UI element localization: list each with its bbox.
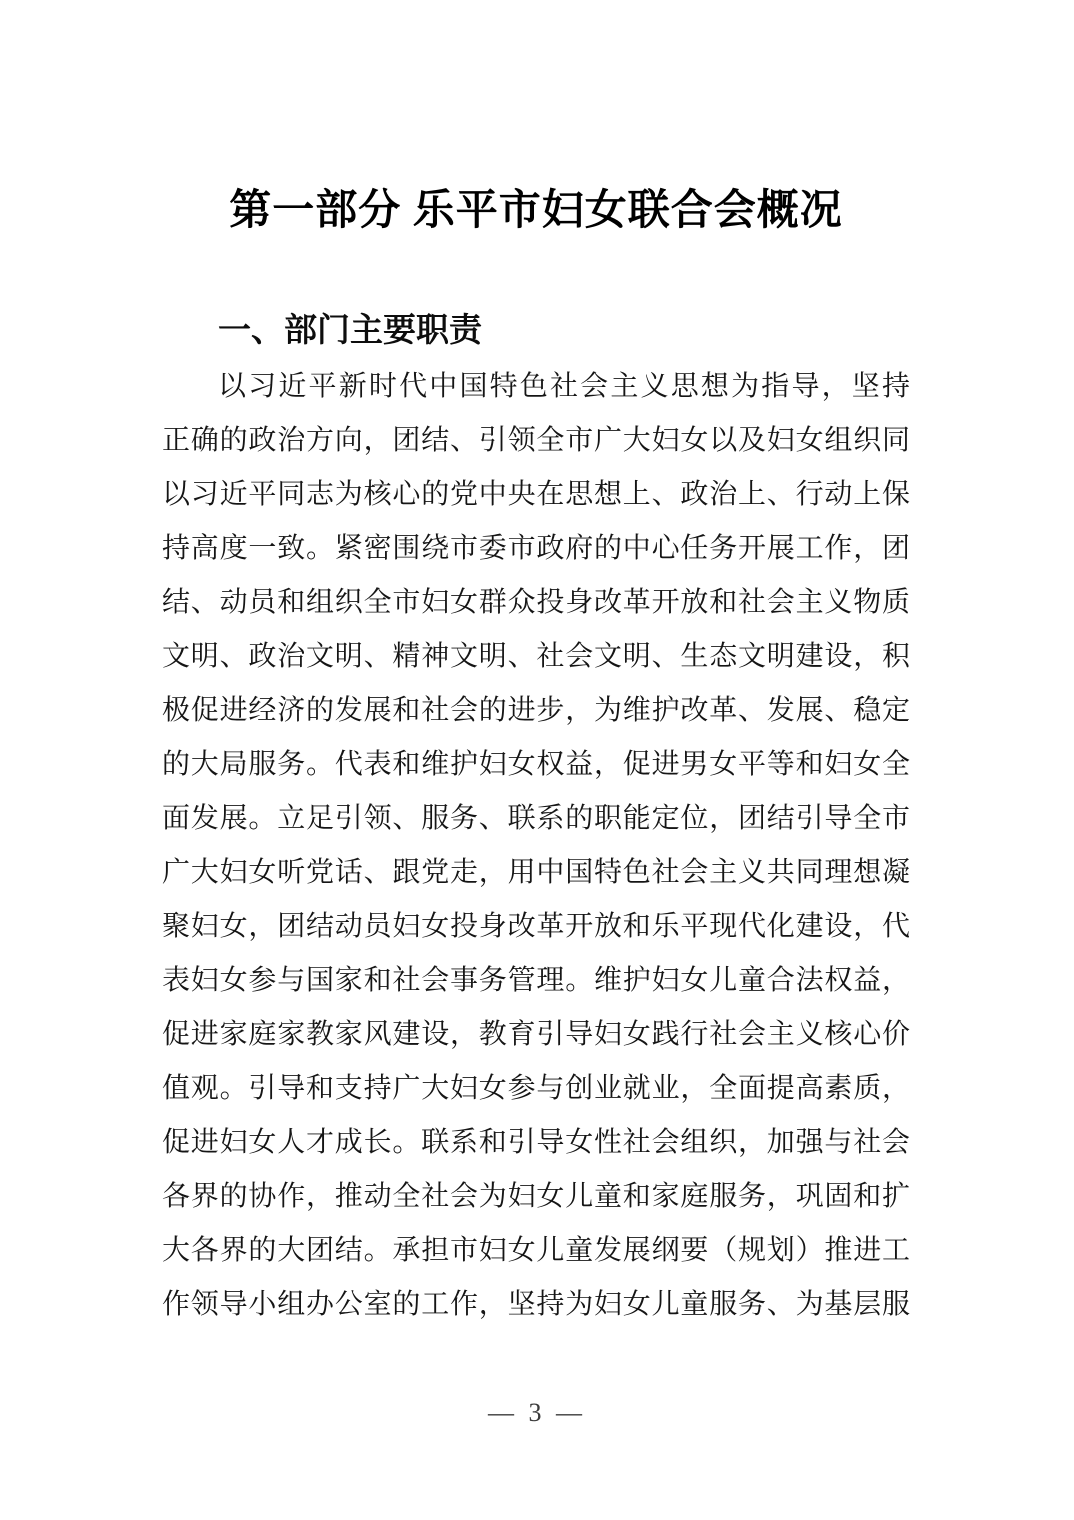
paragraph-line: 文明、政治文明、精神文明、社会文明、生态文明建设，积 <box>162 630 910 684</box>
paragraph-line: 促进家庭家教家风建设，教育引导妇女践行社会主义核心价 <box>162 1008 910 1062</box>
document-content: 第一部分 乐平市妇女联合会概况 一、部门主要职责 以习近平新时代中国特色社会主义… <box>162 186 910 1332</box>
paragraph-line: 大各界的大团结。承担市妇女儿童发展纲要（规划）推进工 <box>162 1224 910 1278</box>
document-title: 第一部分 乐平市妇女联合会概况 <box>162 186 910 236</box>
paragraph-line: 作领导小组办公室的工作，坚持为妇女儿童服务、为基层服 <box>162 1278 910 1332</box>
paragraph-line: 广大妇女听党话、跟党走，用中国特色社会主义共同理想凝 <box>162 846 910 900</box>
page-number: — 3 — <box>0 1398 1074 1428</box>
paragraph-line: 表妇女参与国家和社会事务管理。维护妇女儿童合法权益， <box>162 954 910 1008</box>
paragraph-line: 结、动员和组织全市妇女群众投身改革开放和社会主义物质 <box>162 576 910 630</box>
paragraph-line: 以习近平新时代中国特色社会主义思想为指导，坚持 <box>162 360 910 414</box>
paragraph-line: 极促进经济的发展和社会的进步，为维护改革、发展、稳定 <box>162 684 910 738</box>
paragraph: 以习近平新时代中国特色社会主义思想为指导，坚持 正确的政治方向，团结、引领全市广… <box>162 360 910 1332</box>
paragraph-line: 值观。引导和支持广大妇女参与创业就业，全面提高素质， <box>162 1062 910 1116</box>
paragraph-line: 聚妇女，团结动员妇女投身改革开放和乐平现代化建设，代 <box>162 900 910 954</box>
paragraph-line: 面发展。立足引领、服务、联系的职能定位，团结引导全市 <box>162 792 910 846</box>
section-heading: 一、部门主要职责 <box>162 310 910 350</box>
paragraph-line: 以习近平同志为核心的党中央在思想上、政治上、行动上保 <box>162 468 910 522</box>
paragraph-line: 持高度一致。紧密围绕市委市政府的中心任务开展工作，团 <box>162 522 910 576</box>
document-page: 第一部分 乐平市妇女联合会概况 一、部门主要职责 以习近平新时代中国特色社会主义… <box>0 0 1074 1520</box>
paragraph-line: 正确的政治方向，团结、引领全市广大妇女以及妇女组织同 <box>162 414 910 468</box>
paragraph-line: 各界的协作，推动全社会为妇女儿童和家庭服务，巩固和扩 <box>162 1170 910 1224</box>
paragraph-line: 促进妇女人才成长。联系和引导女性社会组织，加强与社会 <box>162 1116 910 1170</box>
paragraph-line: 的大局服务。代表和维护妇女权益，促进男女平等和妇女全 <box>162 738 910 792</box>
